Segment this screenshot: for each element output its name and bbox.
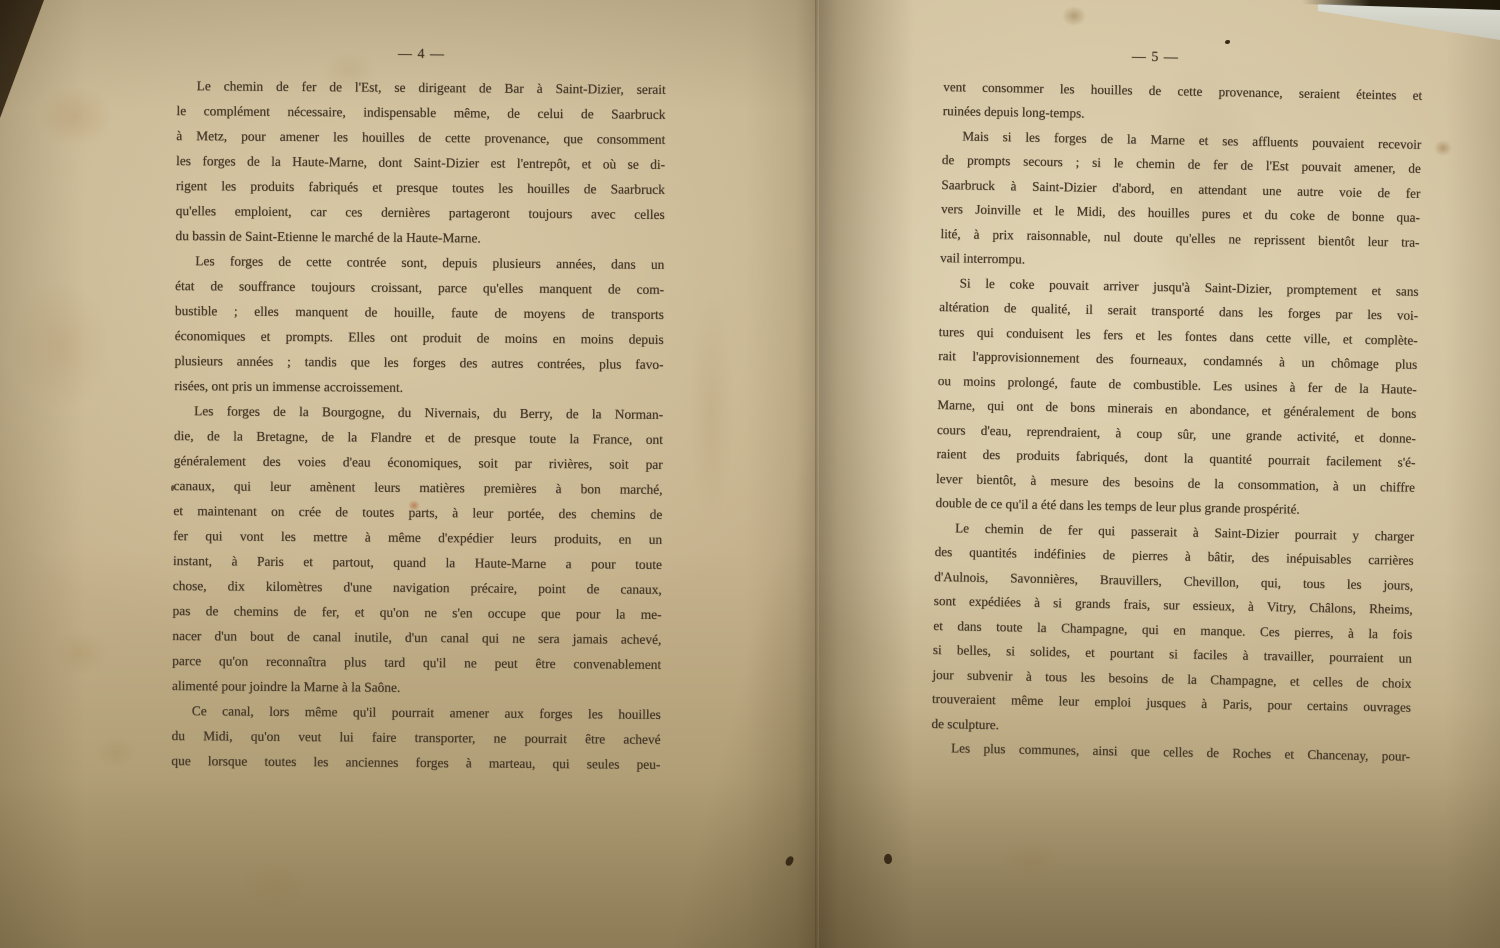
- foxing-stain: [1062, 6, 1086, 26]
- foxing-stain: [240, 860, 310, 910]
- foxing-stain: [96, 736, 136, 768]
- foxing-stain: [14, 280, 109, 410]
- text-line: instant, à Paris et partout, quand la Ha…: [173, 548, 662, 577]
- text-line: nacer d'un bout de canal inutile, d'un c…: [172, 623, 661, 652]
- foxing-stain: [38, 86, 112, 146]
- text-line: chose, dix kilomètres d'une navigation p…: [173, 573, 662, 602]
- text-line: qu'elles emploient, car ces dernières pa…: [176, 198, 665, 227]
- text-line: plusieurs années ; tandis que les forges…: [174, 348, 663, 377]
- text-line: risées, ont pris un immense accroissemen…: [174, 373, 663, 402]
- text-line: que lorsque toutes les anciennes forges …: [171, 748, 660, 777]
- text-line: Les forges de la Bourgogne, du Nivernais…: [174, 398, 663, 427]
- text-line: les forges de la Haute-Marne, dont Saint…: [176, 148, 665, 177]
- text-line: le complément nécessaire, indispensable …: [176, 98, 665, 127]
- foxing-stain: [1000, 840, 1060, 884]
- text-line: état de souffrance toujours croissant, p…: [175, 273, 664, 302]
- page-4-text: — 4 —Le chemin de fer de l'Est, se dirig…: [171, 40, 666, 777]
- text-line: die, de la Bretagne, de la Flandre et de…: [174, 423, 663, 452]
- text-line: généralement des voies d'eau économiques…: [174, 448, 663, 477]
- page-5-text: — 5 —vent consommer les houilles de cett…: [931, 42, 1423, 769]
- foxing-stain: [1434, 140, 1452, 156]
- photo-vignette: [0, 778, 1500, 948]
- text-line: à Metz, pour amener les houilles de cett…: [176, 123, 665, 152]
- text-line: du bassin de Saint-Etienne le marché de …: [175, 223, 664, 252]
- text-line: du Midi, qu'on veut lui faire transporte…: [171, 723, 660, 752]
- foxing-stain: [52, 630, 108, 676]
- page-number: — 4 —: [177, 40, 666, 69]
- text-line: pas de chemins de fer, et qu'on ne s'en …: [172, 598, 661, 627]
- text-line: Ce canal, lors même qu'il pourrait amene…: [172, 698, 661, 727]
- text-line: Le chemin de fer de l'Est, se dirigeant …: [177, 73, 666, 102]
- book-spread-photo: — 4 —Le chemin de fer de l'Est, se dirig…: [0, 0, 1500, 948]
- text-line: canaux, qui leur amènent leurs matières …: [173, 473, 662, 502]
- text-line: alimenté pour joindre la Marne à la Saôn…: [172, 673, 661, 702]
- text-line: et maintenant on crée de toutes parts, à…: [173, 498, 662, 527]
- foxing-stain: [688, 290, 734, 530]
- text-line: économiques et prompts. Elles ont produi…: [175, 323, 664, 352]
- text-line: bustible ; elles manquent de houille, fa…: [175, 298, 664, 327]
- text-line: Les forges de cette contrée sont, depuis…: [175, 248, 664, 277]
- text-line: fer qui vont les mettre à même d'expédie…: [173, 523, 662, 552]
- text-line: rigent les produits fabriqués et presque…: [176, 173, 665, 202]
- text-line: parce qu'on reconnaîtra plus tard qu'il …: [172, 648, 661, 677]
